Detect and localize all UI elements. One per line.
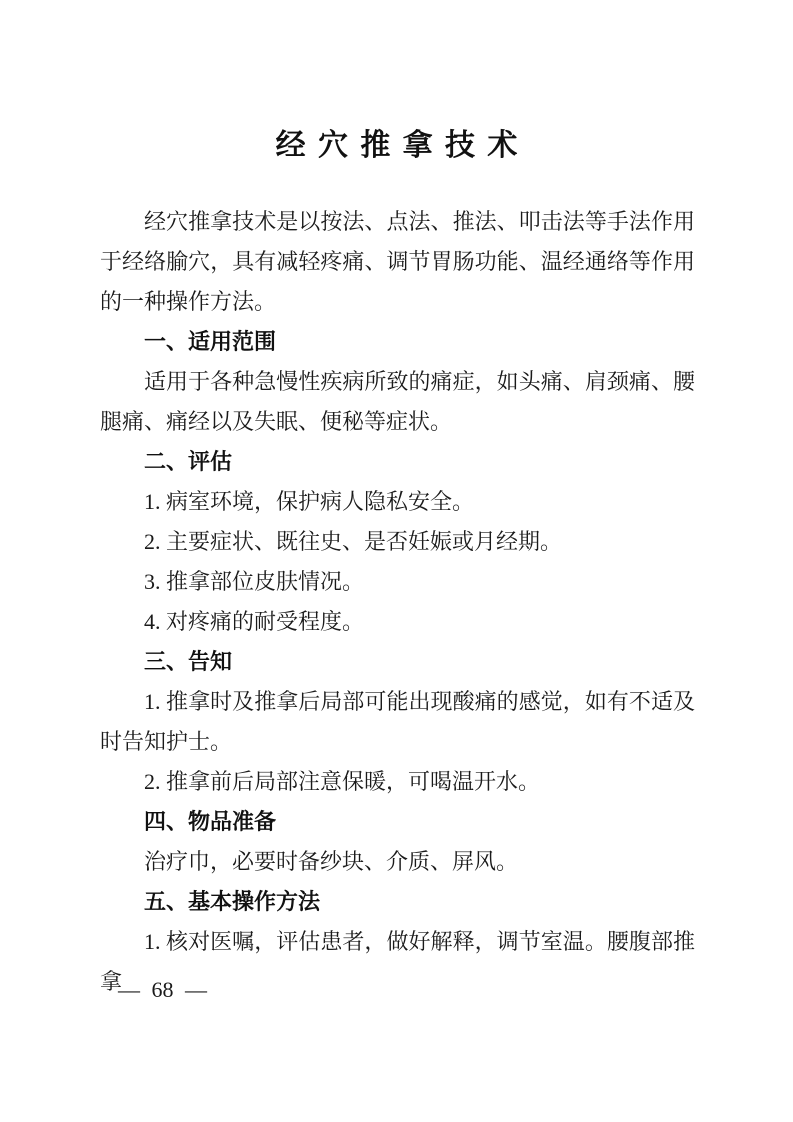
page-title: 经 穴 推 拿 技 术 [100, 128, 695, 164]
assessment-item-3: 3. 推拿部位皮肤情况。 [100, 562, 695, 602]
assessment-item-1: 1. 病室环境，保护病人隐私安全。 [100, 482, 695, 522]
section-heading-procedure: 五、基本操作方法 [100, 882, 695, 922]
assessment-item-2: 2. 主要症状、既往史、是否妊娠或月经期。 [100, 522, 695, 562]
inform-item-1: 1. 推拿时及推拿后局部可能出现酸痛的感觉，如有不适及时告知护士。 [100, 682, 695, 762]
intro-paragraph: 经穴推拿技术是以按法、点法、推法、叩击法等手法作用于经络腧穴，具有减轻疼痛、调节… [100, 202, 695, 322]
section-heading-assessment: 二、评估 [100, 442, 695, 482]
inform-item-2: 2. 推拿前后局部注意保暖，可喝温开水。 [100, 762, 695, 802]
scope-paragraph: 适用于各种急慢性疾病所致的痛症，如头痛、肩颈痛、腰腿痛、痛经以及失眠、便秘等症状… [100, 362, 695, 442]
page-footer: — 68 — [118, 976, 207, 1004]
document-page: 经 穴 推 拿 技 术 经穴推拿技术是以按法、点法、推法、叩击法等手法作用于经络… [0, 0, 793, 1122]
footer-dash-right: — [185, 977, 207, 1002]
supplies-paragraph: 治疗巾，必要时备纱块、介质、屏风。 [100, 842, 695, 882]
assessment-item-4: 4. 对疼痛的耐受程度。 [100, 602, 695, 642]
section-heading-scope: 一、适用范围 [100, 322, 695, 362]
document-body: 经穴推拿技术是以按法、点法、推法、叩击法等手法作用于经络腧穴，具有减轻疼痛、调节… [100, 202, 695, 1002]
page-number: 68 [152, 977, 174, 1002]
section-heading-supplies: 四、物品准备 [100, 802, 695, 842]
section-heading-inform: 三、告知 [100, 642, 695, 682]
footer-dash-left: — [118, 977, 140, 1002]
